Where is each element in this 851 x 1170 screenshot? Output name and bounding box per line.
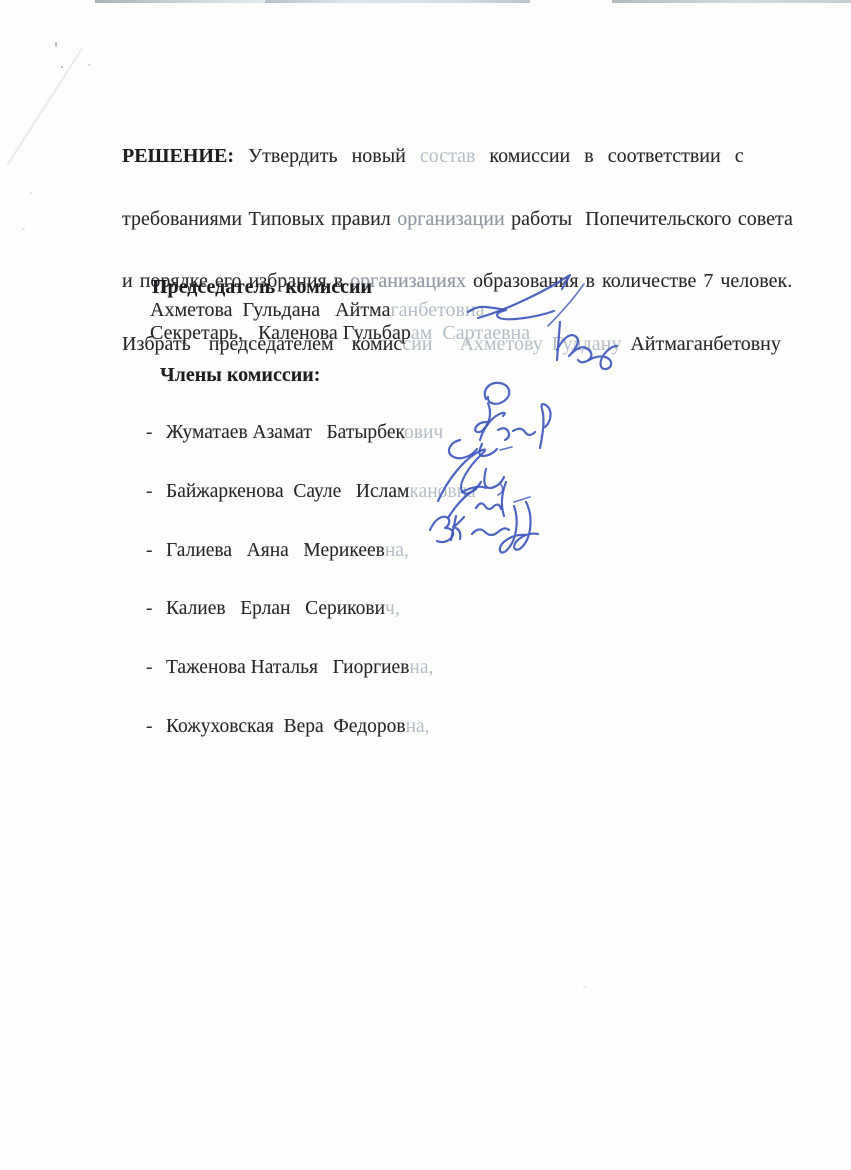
- member-bullet: -: [146, 422, 166, 445]
- scanned-document-page: РЕШЕНИЕ: Утвердить новый состав комиссии…: [0, 0, 851, 1170]
- dust-speck: [22, 228, 25, 230]
- scan-artifact-top-right: [612, 0, 851, 3]
- resolution-line: РЕШЕНИЕ: Утвердить новый состав комиссии…: [122, 143, 782, 170]
- fold-crease-line: [7, 47, 83, 165]
- dust-speck: [61, 66, 63, 68]
- scan-artifact-top-middle: [265, 0, 530, 3]
- chair-name-line: Ахметова Гульдана Айтмаганбетовна: [150, 299, 485, 322]
- resolution-line: требованиями Типовых правил организации …: [122, 206, 782, 233]
- chair-heading: Председатель комиссии: [152, 276, 372, 299]
- members-list: -Жуматаев Азамат Батырбекович -Байжаркен…: [146, 386, 476, 775]
- dust-speck: [88, 64, 91, 66]
- member-bullet: -: [146, 598, 166, 621]
- signature-secretary: [553, 316, 617, 366]
- dust-speck: [30, 192, 32, 194]
- member-row: -Калиев Ерлан Серикович,: [146, 598, 476, 621]
- dust-speck: [55, 42, 57, 47]
- resolution-keyword: РЕШЕНИЕ:: [122, 145, 234, 167]
- resolution-paragraph: РЕШЕНИЕ: Утвердить новый состав комиссии…: [122, 107, 782, 393]
- member-name: Таженова Наталья Гиоргиев: [166, 657, 409, 678]
- member-bullet: -: [146, 657, 166, 680]
- member-name: Калиев Ерлан Серикови: [166, 598, 385, 619]
- member-bullet: -: [146, 716, 166, 739]
- member-name: Жуматаев Азамат Батырбек: [166, 422, 404, 443]
- member-bullet: -: [146, 481, 166, 504]
- dust-speck: [583, 986, 586, 988]
- members-heading: Члены комиссии:: [160, 364, 320, 387]
- member-bullet: -: [146, 540, 166, 563]
- member-name: Байжаркенова Сауле Ислам: [166, 481, 409, 502]
- signature-member-6: [422, 490, 554, 554]
- member-row: -Жуматаев Азамат Батырбекович: [146, 422, 476, 445]
- member-name: Галиева Аяна Мерикеев: [166, 540, 385, 561]
- member-row: -Кожуховская Вера Федоровна,: [146, 716, 476, 739]
- member-name: Кожуховская Вера Федоров: [166, 716, 406, 737]
- scan-artifact-top-left: [95, 0, 265, 3]
- member-row: -Таженова Наталья Гиоргиевна,: [146, 657, 476, 680]
